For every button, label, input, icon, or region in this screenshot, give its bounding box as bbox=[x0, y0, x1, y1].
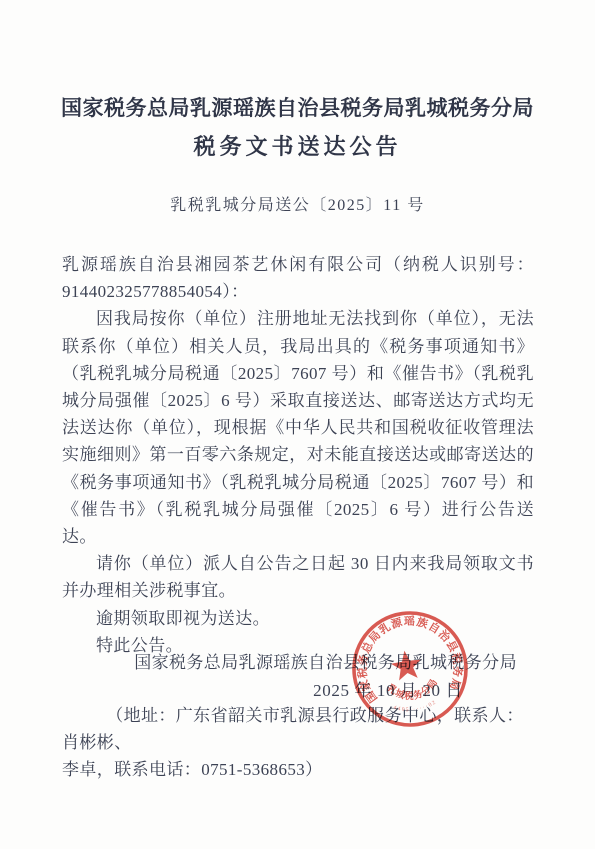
official-seal-graphic: 国家税务总局乳源瑶族自治县税务局 乳城税务分局 4405······02 bbox=[342, 601, 478, 737]
address-note-line2: 李卓，联系电话：0751-5368653） bbox=[62, 756, 538, 783]
document-body: 乳源瑶族自治县湘园茶艺休闲有限公司（纳税人识别号：914402325778854… bbox=[62, 251, 534, 659]
body-paragraph-delivery: 因我局按你（单位）注册地址无法找到你（单位），无法联系你（单位）相关人员，我局出… bbox=[62, 305, 534, 550]
seal-ring-text: 国家税务总局乳源瑶族自治县税务局 bbox=[347, 606, 469, 707]
seal-star-icon bbox=[389, 648, 423, 681]
official-seal: 国家税务总局乳源瑶族自治县税务局 乳城税务分局 4405······02 bbox=[342, 601, 478, 737]
document-number: 乳税乳城分局送公〔2025〕11 号 bbox=[0, 192, 595, 215]
page: 国家税务总局乳源瑶族自治县税务局乳城税务分局 税务文书送达公告 乳税乳城分局送公… bbox=[0, 0, 595, 849]
body-paragraph-pickup: 请你（单位）派人自公告之日起 30 日内来我局领取文书并办理相关涉税事宜。 bbox=[62, 550, 534, 604]
document-title-line1: 国家税务总局乳源瑶族自治县税务局乳城税务分局 bbox=[0, 94, 595, 122]
addressee-line: 乳源瑶族自治县湘园茶艺休闲有限公司（纳税人识别号：914402325778854… bbox=[62, 251, 534, 305]
document-title: 国家税务总局乳源瑶族自治县税务局乳城税务分局 税务文书送达公告 bbox=[0, 94, 595, 161]
document-title-line2: 税务文书送达公告 bbox=[0, 133, 595, 161]
